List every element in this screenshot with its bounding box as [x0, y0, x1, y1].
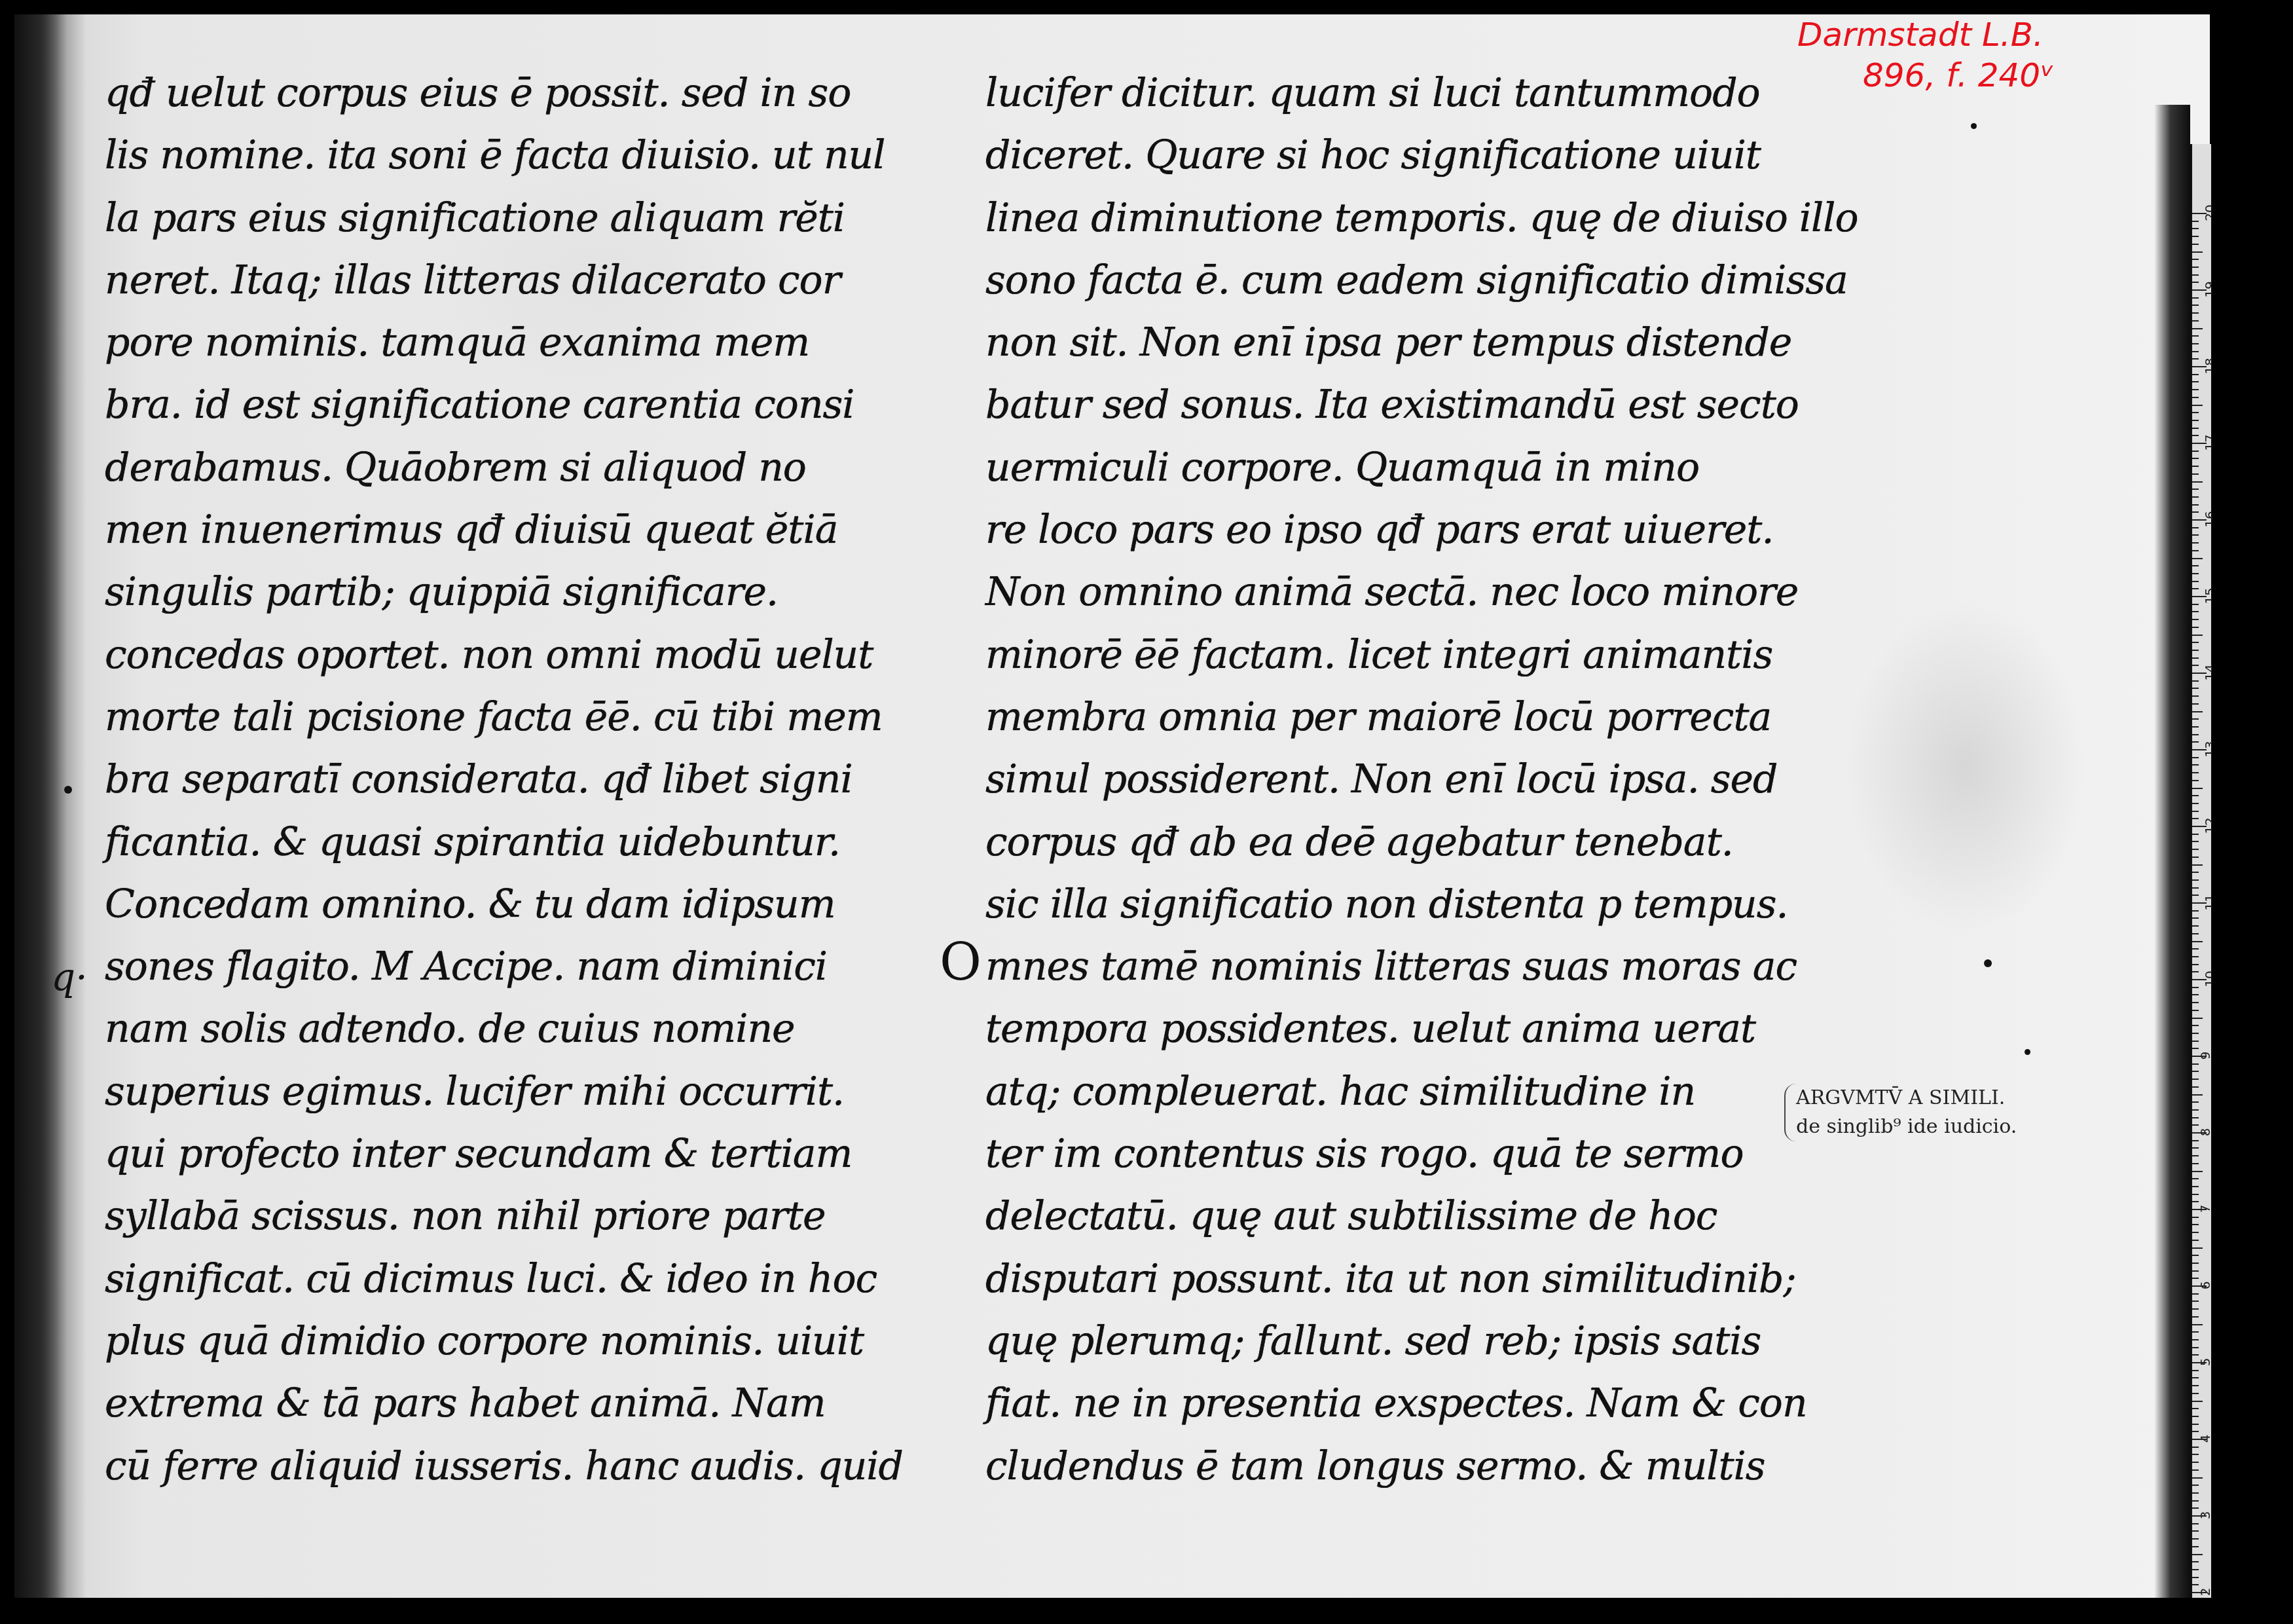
ruler-label: 8	[2197, 1128, 2213, 1137]
ruler-tick	[2192, 466, 2199, 467]
ruler-tick	[2192, 358, 2199, 360]
text-line: sono facta ē. cum eadem significatio dim…	[985, 249, 1837, 312]
ruler-tick	[2192, 627, 2199, 628]
text-line: pore nominis. tamquā exanima mem	[105, 312, 930, 374]
ruler-tick	[2192, 1278, 2199, 1279]
ruler-tick	[2192, 1316, 2199, 1318]
ruler-tick	[2192, 834, 2199, 835]
ruler-tick	[2192, 611, 2199, 612]
ruler-tick	[2192, 1523, 2199, 1524]
ruler-tick	[2192, 397, 2199, 398]
ruler-tick	[2192, 1347, 2199, 1348]
text-line: sones flagito. M Accipe. nam diminici	[105, 936, 930, 998]
ruler-tick	[2192, 941, 2203, 942]
ruler-tick	[2192, 244, 2199, 245]
ruler-tick	[2192, 534, 2199, 536]
ruler-label: 4	[2197, 1435, 2213, 1443]
text-line: morte tali pcisione facta ēē. cū tibi me…	[105, 686, 930, 748]
shelfmark-line-2: 896, f. 240ᵛ	[1797, 55, 2054, 96]
ruler-label: 3	[2197, 1511, 2213, 1520]
ruler-tick	[2192, 328, 2203, 329]
ruler-tick	[2192, 1155, 2199, 1156]
text-line: atq; compleuerat. hac similitudine in	[985, 1061, 1837, 1123]
ruler-tick	[2192, 849, 2199, 850]
ruler-tick	[2192, 971, 2199, 972]
ruler-tick	[2192, 1308, 2199, 1310]
text-line: diceret. Quare si hoc significatione uiu…	[985, 124, 1837, 187]
text-line: neret. Itaq; illas litteras dilacerato c…	[105, 249, 930, 312]
ruler-tick	[2192, 703, 2199, 705]
ruler-tick	[2192, 1377, 2199, 1378]
ruler-tick	[2192, 1094, 2203, 1096]
text-line: singulis partib; quippiā significare.	[105, 561, 930, 623]
ruler-tick	[2192, 1561, 2199, 1562]
ruler-tick	[2192, 458, 2199, 459]
text-line: linea diminutione temporis. quę de diuis…	[985, 187, 1837, 249]
ruler-tick	[2192, 1101, 2199, 1103]
shelfmark-line-1: Darmstadt L.B.	[1797, 16, 2044, 54]
text-line: significat. cū dicimus luci. & ideo in h…	[105, 1248, 930, 1310]
ruler-tick	[2192, 381, 2199, 382]
ruler-tick	[2192, 1247, 2203, 1249]
ruler-tick	[2192, 1431, 2199, 1432]
text-line: disputari possunt. ita ut non similitudi…	[985, 1248, 1837, 1310]
ruler-tick	[2192, 343, 2199, 344]
ruler-tick	[2192, 428, 2199, 429]
ruler-tick	[2192, 772, 2199, 773]
ruler-tick	[2192, 1201, 2199, 1202]
ruler-tick	[2192, 527, 2199, 528]
ruler-tick	[2192, 764, 2199, 766]
text-line: delectatū. quę aut subtilissime de hoc	[985, 1185, 1837, 1247]
ruler-tick	[2192, 1577, 2199, 1578]
ruler-tick	[2192, 887, 2199, 889]
ruler-tick	[2192, 1530, 2199, 1532]
ruler-tick	[2192, 489, 2199, 490]
ink-spot	[1971, 123, 1977, 129]
right-text-column: lucifer dicitur. quam si luci tantummodo…	[985, 62, 1837, 1498]
ruler-tick	[2192, 274, 2199, 276]
text-line: cū ferre aliquid iusseris. hanc audis. q…	[105, 1435, 930, 1498]
text-line: extrema & tā pars habet animā. Nam	[105, 1373, 930, 1435]
margin-question-mark: q·	[51, 955, 88, 999]
ruler-tick	[2192, 1424, 2199, 1425]
ruler-tick	[2192, 1255, 2199, 1256]
ruler-tick	[2192, 780, 2199, 781]
text-line: minorē ēē factam. licet integri animanti…	[985, 624, 1837, 686]
text-line: syllabā scissus. non nihil priore parte	[105, 1185, 930, 1247]
ruler-tick	[2192, 956, 2199, 957]
ruler-tick	[2192, 1063, 2199, 1065]
ruler-tick	[2192, 435, 2199, 436]
text-line: simul possiderent. Non enī locū ipsa. se…	[985, 748, 1837, 811]
ruler-tick	[2192, 711, 2203, 712]
ruler-tick	[2192, 872, 2199, 873]
ruler-tick	[2192, 741, 2199, 743]
initial-letter: O	[940, 933, 981, 992]
shelfmark-annotation: Darmstadt L.B. 896, f. 240ᵛ	[1797, 14, 2054, 96]
text-line: Non omnino animā sectā. nec loco minore	[985, 561, 1837, 623]
gloss-line-1: ARGVMTV̄ A SIMILI.	[1796, 1084, 2017, 1113]
ruler-label: 9	[2197, 1052, 2213, 1060]
ruler-tick	[2192, 588, 2199, 589]
ruler-tick	[2192, 1401, 2203, 1402]
ruler-tick	[2192, 657, 2199, 659]
ruler-tick	[2192, 267, 2199, 268]
ruler-tick	[2192, 1416, 2199, 1417]
ruler-tick	[2192, 320, 2199, 322]
ruler-tick	[2192, 1447, 2199, 1448]
ruler-tick	[2192, 1140, 2199, 1141]
ruler-tick	[2192, 1293, 2199, 1295]
text-line: mnes tamē nominis litteras suas moras ac	[985, 936, 1837, 998]
text-line: Concedam omnino. & tu dam idipsum	[105, 874, 930, 936]
ruler-tick	[2192, 1048, 2199, 1049]
ruler-tick	[2192, 718, 2199, 720]
ruler-tick	[2192, 1217, 2199, 1218]
ruler-tick	[2192, 542, 2199, 544]
text-line: fiat. ne in presentia exspectes. Nam & c…	[985, 1373, 1837, 1435]
ruler-tick	[2192, 734, 2199, 735]
ruler-tick	[2192, 1224, 2199, 1225]
ruler-tick	[2192, 1041, 2199, 1042]
ruler-tick	[2192, 335, 2199, 337]
ruler-tick	[2192, 841, 2199, 842]
text-line: quę plerumq; fallunt. sed reb; ipsis sat…	[985, 1310, 1837, 1373]
ruler-tick	[2192, 635, 2203, 636]
text-line: bra. id est significatione carentia cons…	[105, 374, 930, 436]
ruler-tick	[2192, 818, 2199, 819]
text-line: plus quā dimidio corpore nominis. uiuit	[105, 1310, 930, 1373]
text-line: nam solis adtendo. de cuius nomine	[105, 998, 930, 1060]
ruler-tick	[2192, 1354, 2199, 1356]
text-line: superius egimus. lucifer mihi occurrit.	[105, 1061, 930, 1123]
ruler-tick	[2192, 1002, 2199, 1003]
ruler-label: 2	[2197, 1588, 2213, 1596]
ruler-tick	[2192, 573, 2199, 574]
ruler-tick	[2192, 297, 2199, 299]
text-line: ter im contentus sis rogo. quā te sermo	[985, 1123, 1837, 1185]
ruler-tick	[2192, 642, 2199, 643]
ruler-tick	[2192, 221, 2199, 222]
ruler-tick	[2192, 511, 2199, 513]
ruler-tick	[2192, 910, 2199, 912]
ruler-edge	[2190, 144, 2192, 1598]
ruler-tick	[2192, 1086, 2199, 1088]
ruler-tick	[2192, 473, 2199, 475]
ruler-tick	[2192, 879, 2199, 881]
ruler-tick	[2192, 895, 2199, 896]
text-line: lucifer dicitur. quam si luci tantummodo	[985, 62, 1837, 124]
ruler-tick	[2192, 1462, 2199, 1463]
text-line: corpus qđ ab ea deē agebatur tenebat.	[985, 811, 1837, 874]
page-edge-shadow	[2154, 105, 2190, 1598]
ruler-tick	[2192, 1079, 2199, 1080]
ruler-tick	[2192, 1538, 2199, 1540]
ruler-tick	[2192, 1408, 2199, 1409]
ruler-tick	[2192, 665, 2199, 666]
ruler-tick	[2192, 550, 2199, 551]
ruler-tick	[2192, 282, 2199, 283]
ruler-tick	[2192, 1492, 2199, 1494]
ruler-tick	[2192, 1500, 2199, 1502]
measurement-ruler: 201918171615141312111098765432	[2190, 144, 2211, 1598]
ruler-tick	[2192, 1393, 2199, 1394]
text-line: lis nomine. ita soni ē facta diuisio. ut…	[105, 124, 930, 187]
ruler-tick	[2192, 581, 2199, 582]
text-line: ficantia. & quasi spirantia uidebuntur.	[105, 811, 930, 874]
ruler-tick	[2192, 1554, 2203, 1555]
ruler-tick	[2192, 680, 2199, 682]
ruler-tick	[2192, 1124, 2199, 1126]
ruler-tick	[2192, 405, 2203, 406]
ruler-tick	[2192, 374, 2199, 375]
text-line: non sit. Non enī ipsa per tempus distend…	[985, 312, 1837, 374]
ruler-tick	[2192, 481, 2203, 483]
text-line: tempora possidentes. uelut anima uerat	[985, 998, 1837, 1060]
ruler-tick	[2192, 1584, 2199, 1585]
text-line: re loco pars eo ipso qđ pars erat uiuere…	[985, 499, 1837, 561]
ruler-tick	[2192, 726, 2199, 728]
ruler-tick	[2192, 1178, 2199, 1179]
ruler-tick	[2192, 1186, 2199, 1187]
ruler-tick	[2192, 228, 2199, 229]
text-line: qui profecto inter secundam & tertiam	[105, 1123, 930, 1185]
ruler-tick	[2192, 1454, 2199, 1455]
ruler-tick	[2192, 1469, 2199, 1471]
ruler-tick	[2192, 933, 2199, 934]
ruler-tick	[2192, 1163, 2199, 1164]
ruler-tick	[2192, 259, 2199, 260]
ruler-tick	[2192, 987, 2199, 988]
ruler-tick	[2192, 1569, 2199, 1570]
ruler-tick	[2192, 1270, 2199, 1272]
ruler-tick	[2192, 1546, 2199, 1547]
text-line: la pars eius significatione aliquam rĕti	[105, 187, 930, 249]
ruler-tick	[2192, 650, 2199, 651]
ruler-tick	[2192, 558, 2203, 559]
ruler-tick	[2192, 1171, 2203, 1172]
ruler-tick	[2192, 1117, 2199, 1118]
text-line: sic illa significatio non distenta p tem…	[985, 874, 1837, 936]
ink-spot	[1984, 959, 1992, 967]
ruler-tick	[2192, 1331, 2199, 1333]
ruler-tick	[2192, 1109, 2199, 1111]
ruler-tick	[2192, 1232, 2199, 1233]
ruler-tick	[2192, 1240, 2199, 1241]
text-line: batur sed sonus. Ita existimandū est sec…	[985, 374, 1837, 436]
ruler-tick	[2192, 1477, 2203, 1479]
ruler-label: 7	[2197, 1205, 2213, 1213]
ruler-tick	[2192, 1033, 2199, 1034]
text-line: membra omnia per maiorē locū porrecta	[985, 686, 1837, 748]
ruler-tick	[2192, 565, 2199, 566]
ruler-tick	[2192, 994, 2199, 995]
ruler-tick	[2192, 1025, 2199, 1026]
ruler-tick	[2192, 312, 2199, 314]
ruler-tick	[2192, 948, 2199, 950]
ink-spot	[64, 786, 72, 794]
ink-spot	[2025, 1049, 2030, 1055]
ruler-tick	[2192, 803, 2199, 804]
ruler-tick	[2192, 304, 2199, 306]
gloss-line-2: de singlib⁹ ide iudicio.	[1796, 1113, 2017, 1141]
ruler-tick	[2192, 604, 2199, 605]
text-line: uermiculi corpore. Quamquā in mino	[985, 437, 1837, 499]
text-line: concedas oportet. non omni modū uelut	[105, 624, 930, 686]
ruler-tick	[2192, 1385, 2199, 1386]
ruler-tick	[2192, 496, 2199, 498]
text-line: derabamus. Quāobrem si aliquod no	[105, 437, 930, 499]
ruler-tick	[2192, 451, 2199, 452]
ruler-tick	[2192, 688, 2199, 689]
ruler-tick	[2192, 1507, 2199, 1509]
ruler-label: 5	[2197, 1358, 2213, 1367]
ruler-tick	[2192, 1194, 2199, 1195]
ruler-tick	[2192, 964, 2199, 965]
ruler-tick	[2192, 757, 2199, 758]
text-line: men inuenerimus qđ diuisū queat ĕtiā	[105, 499, 930, 561]
ruler-tick	[2192, 1010, 2199, 1011]
ruler-tick	[2192, 695, 2199, 697]
ruler-tick	[2192, 795, 2199, 796]
ruler-tick	[2192, 236, 2199, 237]
ruler-tick	[2192, 1324, 2203, 1325]
ruler-tick	[2192, 811, 2199, 812]
ruler-tick	[2192, 1301, 2199, 1302]
ruler-tick	[2192, 1370, 2199, 1371]
ruler-tick	[2192, 1339, 2199, 1340]
ruler-tick	[2192, 251, 2203, 253]
ruler-tick	[2192, 917, 2199, 919]
text-line: qđ uelut corpus eius ē possit. sed in so	[105, 62, 930, 124]
marginal-gloss: ARGVMTV̄ A SIMILI. de singlib⁹ ide iudic…	[1784, 1084, 2017, 1141]
ruler-tick	[2192, 412, 2199, 413]
binding-gutter-shadow	[14, 14, 67, 1598]
ruler-tick	[2192, 1071, 2199, 1072]
ruler-tick	[2192, 1263, 2199, 1264]
ruler-tick	[2192, 504, 2199, 506]
ruler-tick	[2192, 925, 2199, 927]
ruler-tick	[2192, 1147, 2199, 1149]
ruler-label: 6	[2197, 1282, 2213, 1290]
ruler-tick	[2192, 389, 2199, 390]
ruler-tick	[2192, 351, 2199, 352]
ruler-tick	[2192, 857, 2199, 858]
text-line: cludendus ē tam longus sermo. & multis	[985, 1435, 1837, 1498]
ruler-tick	[2192, 1485, 2199, 1486]
ruler-tick	[2192, 788, 2203, 789]
text-line: bra separatī considerata. qđ libet signi	[105, 748, 930, 811]
ruler-tick	[2192, 420, 2199, 421]
photo-border-right	[2212, 0, 2293, 1624]
ruler-tick	[2192, 864, 2203, 866]
ruler-tick	[2192, 619, 2199, 620]
ruler-tick	[2192, 1018, 2203, 1019]
left-text-column: qđ uelut corpus eius ē possit. sed in so…	[105, 62, 930, 1498]
